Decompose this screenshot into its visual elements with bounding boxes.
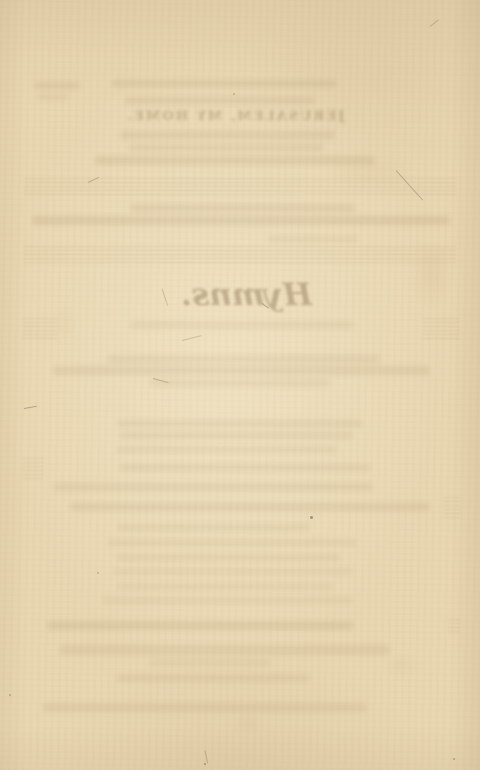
paper-speck bbox=[97, 572, 99, 574]
paper-fiber bbox=[262, 303, 269, 308]
paper-speck bbox=[233, 93, 235, 95]
paper-speck bbox=[310, 516, 313, 519]
scanned-book-page: JERUSALEM, MY HOME. Hymns. bbox=[0, 0, 480, 770]
paper-fiber bbox=[88, 177, 99, 183]
paper-marks-layer bbox=[0, 0, 480, 770]
paper-fiber bbox=[430, 19, 439, 27]
paper-fiber bbox=[182, 335, 202, 341]
paper-fiber bbox=[153, 378, 169, 383]
paper-speck bbox=[453, 758, 455, 760]
paper-speck bbox=[204, 763, 206, 765]
paper-fiber bbox=[396, 170, 424, 200]
paper-fiber bbox=[162, 288, 169, 305]
paper-fiber bbox=[24, 406, 37, 409]
paper-fiber bbox=[205, 750, 209, 763]
paper-speck bbox=[9, 694, 11, 696]
